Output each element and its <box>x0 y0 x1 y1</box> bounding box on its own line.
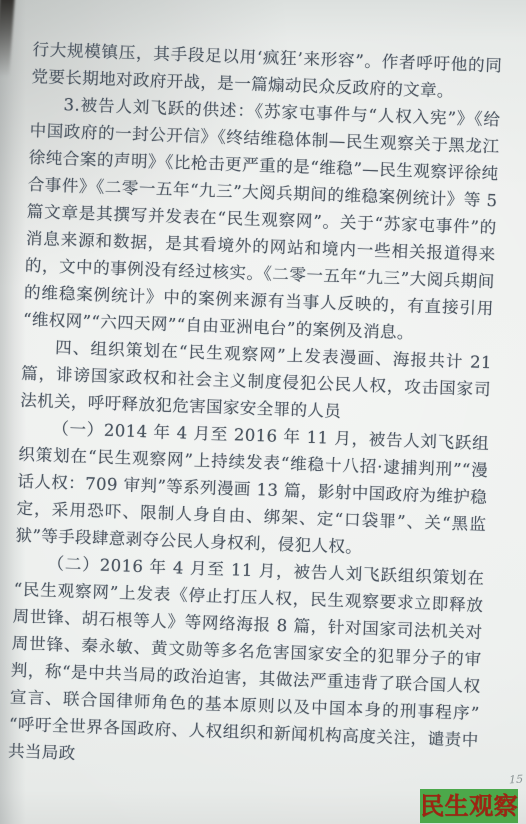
watermark-minsheng-guancha: 民生观察 <box>420 789 518 823</box>
paragraph-item-two: （二）2016 年 4 月至 11 月，被告人刘飞跃组织策划在“民生观察网”上发… <box>8 549 485 781</box>
paragraph-item-one: （一）2014 年 4 月至 2016 年 11 月，被告人刘飞跃组织策划在“民… <box>15 414 489 565</box>
paragraph-confession: 3.被告人刘飞跃的供述：《苏家屯事件与“人权入宪”》《给中国政府的一封公开信》《… <box>23 90 501 349</box>
document-photo: 行大规模镇压，其手段足以用‘疯狂’来形容”。作者呼吁他的同党要长期地对政府开战，… <box>0 0 526 824</box>
photo-edge-shadow <box>0 0 15 77</box>
page-number: 15 <box>508 773 525 787</box>
document-text: 行大规模镇压，其手段足以用‘疯狂’来形容”。作者呼吁他的同党要长期地对政府开战，… <box>8 36 503 781</box>
